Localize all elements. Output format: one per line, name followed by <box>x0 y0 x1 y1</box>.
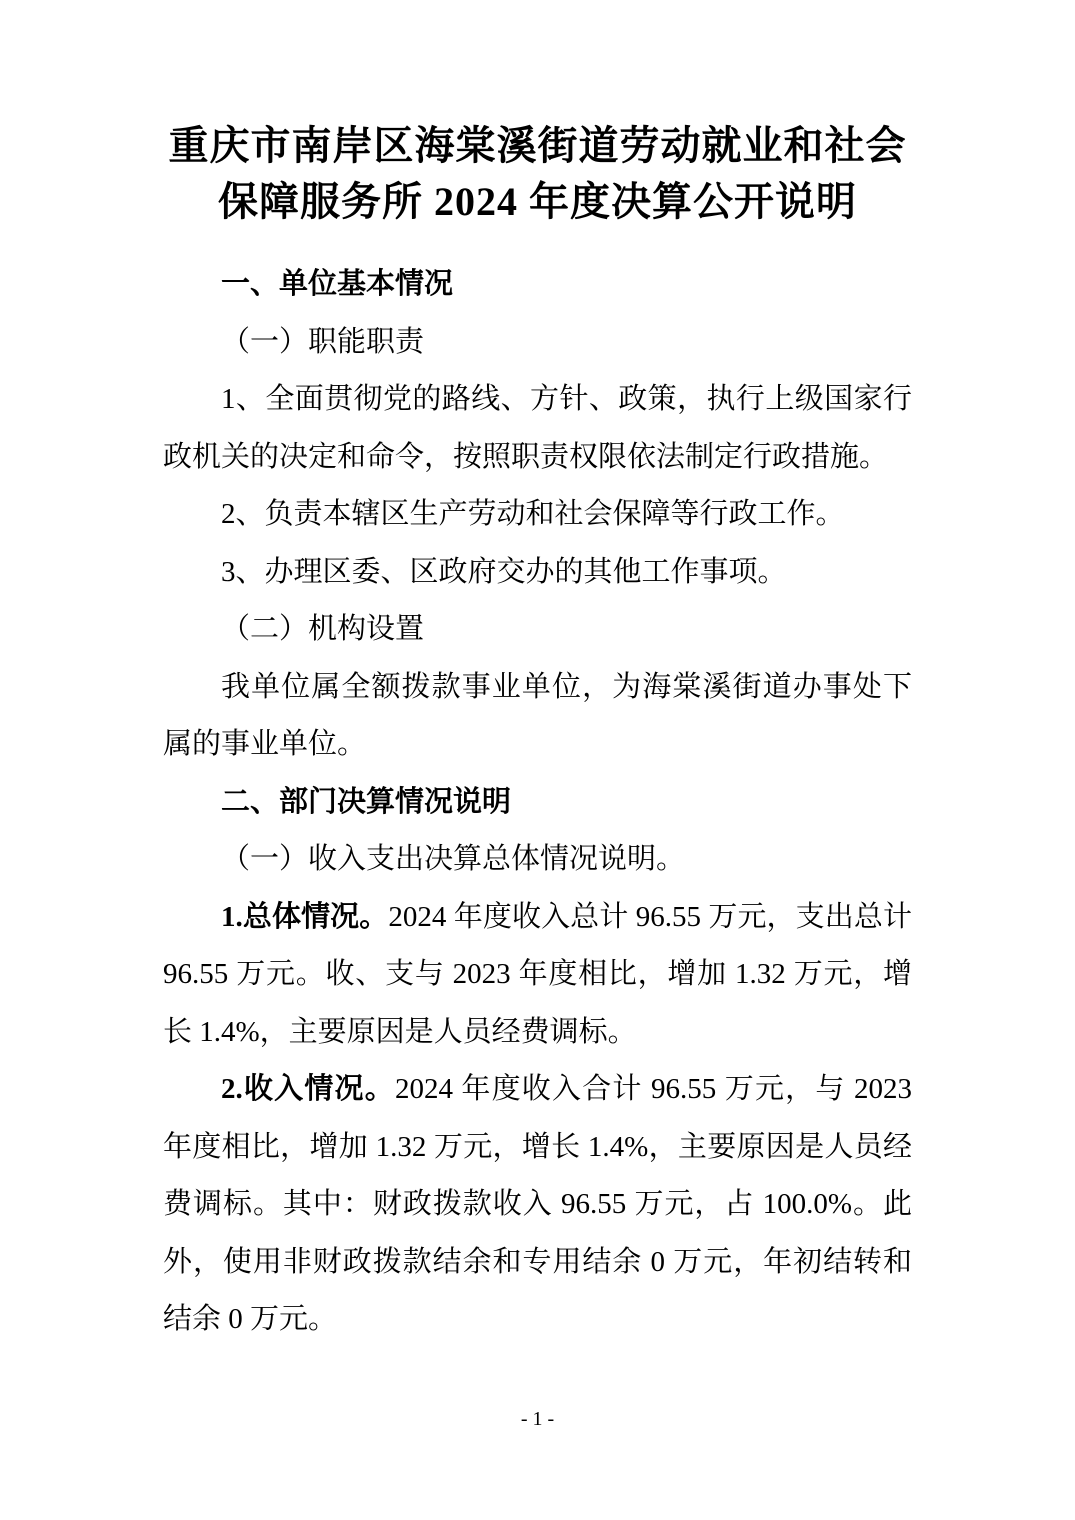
document-title-line-2: 保障服务所 2024 年度决算公开说明 <box>163 174 912 230</box>
document-title: 重庆市南岸区海棠溪街道劳动就业和社会 保障服务所 2024 年度决算公开说明 <box>163 118 912 230</box>
paragraph-overall-situation-lead: 1.总体情况。 <box>221 901 388 933</box>
document-page: 重庆市南岸区海棠溪街道劳动就业和社会 保障服务所 2024 年度决算公开说明 一… <box>0 0 1075 1520</box>
document-body: 一、单位基本情况 （一）职能职责 1、全面贯彻党的路线、方针、政策，执行上级国家… <box>163 256 912 1349</box>
paragraph-duty-3: 3、办理区委、区政府交办的其他工作事项。 <box>163 544 912 602</box>
paragraph-organization: 我单位属全额拨款事业单位，为海棠溪街道办事处下属的事业单位。 <box>163 659 912 774</box>
section-heading-final-accounts: 二、部门决算情况说明 <box>163 774 912 832</box>
page-number: - 1 - <box>0 1408 1075 1431</box>
subsection-heading-organization: （二）机构设置 <box>163 601 912 659</box>
paragraph-overall-situation: 1.总体情况。2024 年度收入总计 96.55 万元，支出总计 96.55 万… <box>163 889 912 1062</box>
paragraph-duty-2: 2、负责本辖区生产劳动和社会保障等行政工作。 <box>163 486 912 544</box>
paragraph-income-situation: 2.收入情况。2024 年度收入合计 96.55 万元，与 2023 年度相比，… <box>163 1061 912 1349</box>
paragraph-income-situation-lead: 2.收入情况。 <box>221 1073 395 1105</box>
document-title-line-1: 重庆市南岸区海棠溪街道劳动就业和社会 <box>163 118 912 174</box>
paragraph-income-situation-text: 2024 年度收入合计 96.55 万元，与 2023 年度相比，增加 1.32… <box>163 1073 912 1335</box>
paragraph-duty-1: 1、全面贯彻党的路线、方针、政策，执行上级国家行政机关的决定和命令，按照职责权限… <box>163 371 912 486</box>
section-heading-unit-basic-info: 一、单位基本情况 <box>163 256 912 314</box>
subsection-heading-income-expenditure-overview: （一）收入支出决算总体情况说明。 <box>163 831 912 889</box>
subsection-heading-duties: （一）职能职责 <box>163 314 912 372</box>
